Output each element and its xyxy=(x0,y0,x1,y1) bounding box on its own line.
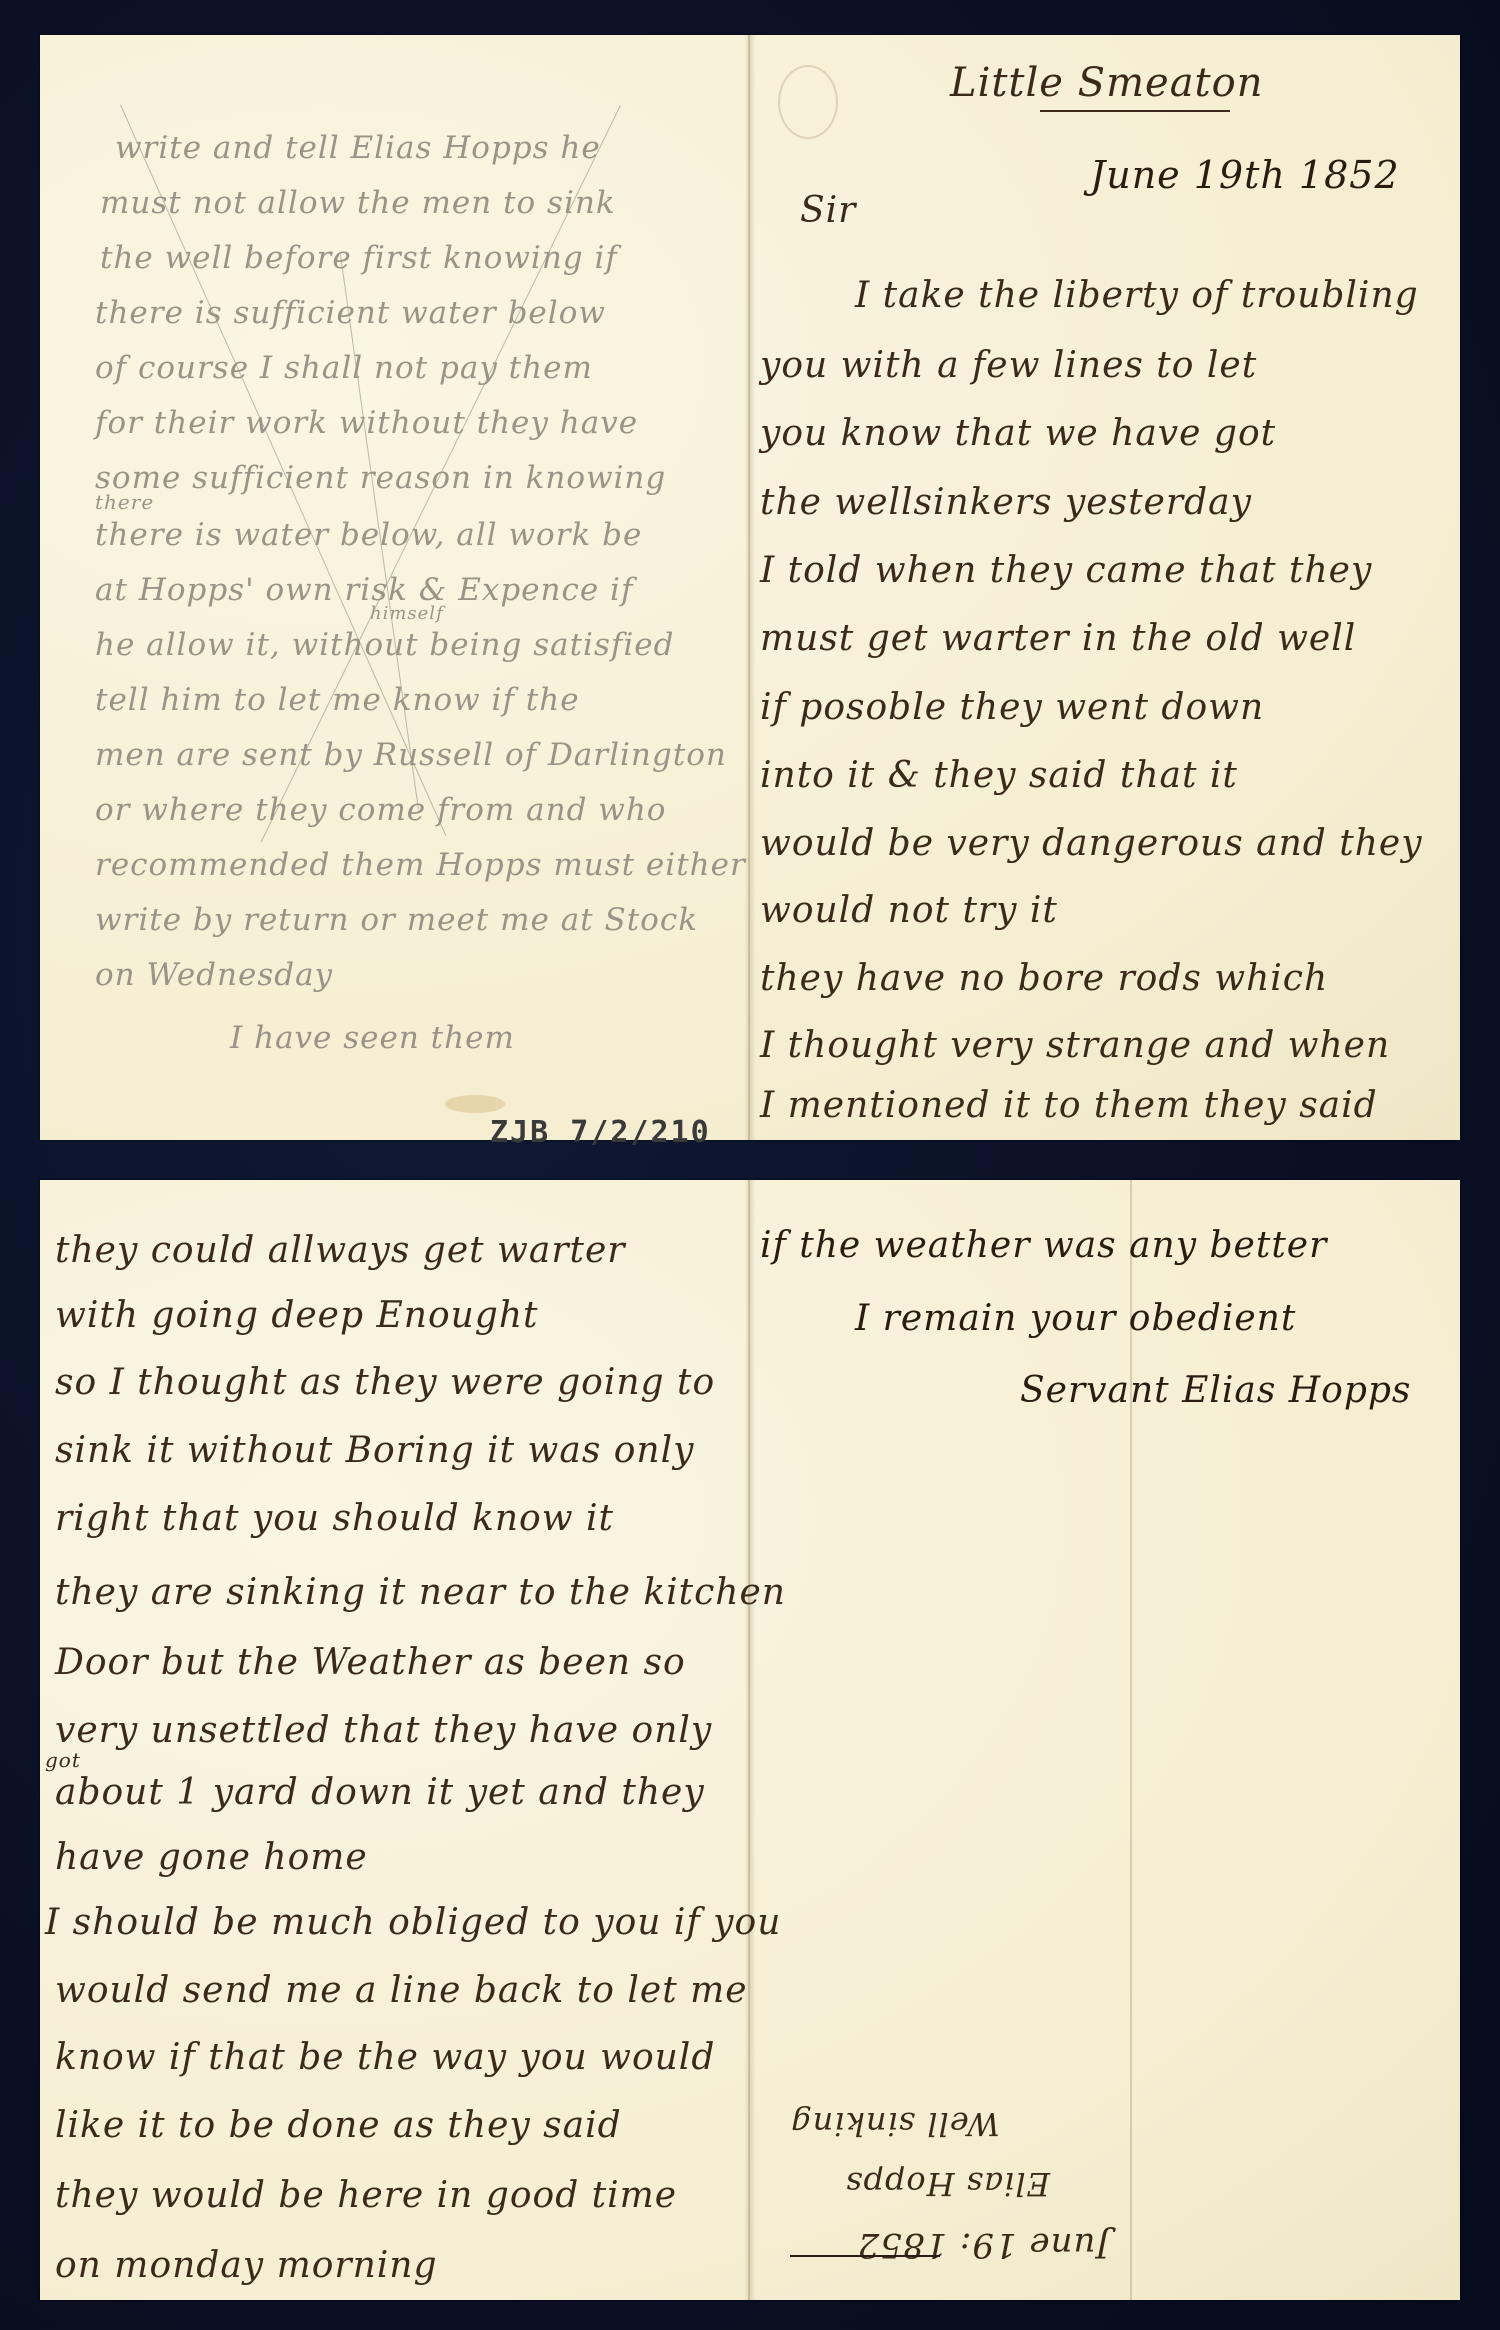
letter-line: would send me a line back to let me xyxy=(55,1970,748,2011)
letter-line: I take the liberty of troubling xyxy=(855,275,1419,316)
letter-line: have gone home xyxy=(55,1837,368,1878)
letter-line: they have no bore rods which xyxy=(760,958,1328,999)
draft-line: recommended them Hopps must either xyxy=(95,847,746,883)
draft-line: I have seen them xyxy=(230,1020,515,1056)
draft-line: must not allow the men to sink xyxy=(100,185,616,221)
draft-line: men are sent by Russell of Darlington xyxy=(95,737,727,773)
letter-signature: Servant Elias Hopps xyxy=(1020,1370,1411,1411)
letter-date: June 19th 1852 xyxy=(1090,153,1400,197)
draft-line: he allow it, without being satisfied xyxy=(95,627,674,663)
letter-line: must get warter in the old well xyxy=(760,618,1356,659)
letter-line: know if that be the way you would xyxy=(55,2037,715,2078)
letter-line: you with a few lines to let xyxy=(760,345,1257,386)
draft-line: there is water below, all work be xyxy=(95,517,642,553)
docket-date: June 19: 1852 xyxy=(857,2225,1110,2265)
docket-subject: Well sinking xyxy=(790,2105,1000,2143)
docket-note: June 19: 1852 Elias Hopps Well sinking xyxy=(770,2075,1110,2265)
draft-line: or where they come from and who xyxy=(95,792,666,828)
letter-line: on monday morning xyxy=(55,2245,438,2286)
letter-line: they could allways get warter xyxy=(55,1230,626,1271)
draft-line: write by return or meet me at Stock xyxy=(95,902,698,938)
pencil-draft-panel: write and tell Elias Hopps he must not a… xyxy=(40,35,748,1140)
draft-line: at Hopps' own risk & Expence if xyxy=(95,572,633,608)
draft-line: there is sufficient water below xyxy=(95,295,606,331)
letter-line: would be very dangerous and they xyxy=(760,823,1423,864)
letter-closing: I remain your obedient xyxy=(855,1298,1296,1339)
letter-line: I mentioned it to them they said xyxy=(760,1085,1378,1126)
embossed-seal xyxy=(778,65,838,139)
letter-line: if the weather was any better xyxy=(760,1225,1327,1266)
draft-insertion: there xyxy=(95,490,154,514)
draft-insertion: himself xyxy=(370,603,444,624)
letter-line: about 1 yard down it yet and they xyxy=(55,1772,705,1813)
letter-line: they would be here in good time xyxy=(55,2175,677,2216)
letter-line: the wellsinkers yesterday xyxy=(760,482,1252,523)
draft-line: of course I shall not pay them xyxy=(95,350,593,386)
letter-line: they are sinking it near to the kitchen xyxy=(55,1572,786,1613)
letter-line: with going deep Enought xyxy=(55,1295,539,1336)
letter-line: very unsettled that they have only xyxy=(55,1710,712,1751)
letter-line: into it & they said that it xyxy=(760,755,1238,796)
letter-page-3: if the weather was any better I remain y… xyxy=(750,1180,1460,2300)
letter-line: I told when they came that they xyxy=(760,550,1372,591)
letter-sheet-bottom: they could allways get warter with going… xyxy=(40,1180,1460,2300)
letter-line: I should be much obliged to you if you xyxy=(45,1902,781,1943)
docket-name: Elias Hopps xyxy=(845,2165,1050,2203)
letter-salutation: Sir xyxy=(800,190,856,231)
letter-line: sink it without Boring it was only xyxy=(55,1430,694,1471)
letter-line: if posoble they went down xyxy=(760,687,1264,728)
draft-line: the well before first knowing if xyxy=(100,240,618,276)
letter-page-1: Little Smeaton June 19th 1852 Sir I take… xyxy=(750,35,1460,1140)
draft-line: on Wednesday xyxy=(95,957,333,993)
docket-rule xyxy=(790,2255,940,2257)
letter-page-2: they could allways get warter with going… xyxy=(40,1180,748,2300)
letter-sheet-top: write and tell Elias Hopps he must not a… xyxy=(40,35,1460,1140)
underline xyxy=(1040,110,1230,112)
draft-line: tell him to let me know if the xyxy=(95,682,580,718)
letter-line: right that you should know it xyxy=(55,1498,614,1539)
letter-line: like it to be done as they said xyxy=(55,2105,622,2146)
letter-line: you know that we have got xyxy=(760,413,1276,454)
letter-line: would not try it xyxy=(760,890,1058,931)
paper-stain xyxy=(445,1095,505,1113)
draft-line: write and tell Elias Hopps he xyxy=(115,130,601,166)
archive-reference: ZJB 7/2/210 xyxy=(490,1115,711,1150)
letter-line: Door but the Weather as been so xyxy=(55,1642,686,1683)
draft-line: some sufficient reason in knowing xyxy=(95,460,666,496)
letter-line: so I thought as they were going to xyxy=(55,1362,715,1403)
letter-line: I thought very strange and when xyxy=(760,1025,1390,1066)
letter-insertion: got xyxy=(45,1748,81,1772)
letter-place: Little Smeaton xyxy=(950,60,1263,106)
draft-line: for their work without they have xyxy=(95,405,638,441)
